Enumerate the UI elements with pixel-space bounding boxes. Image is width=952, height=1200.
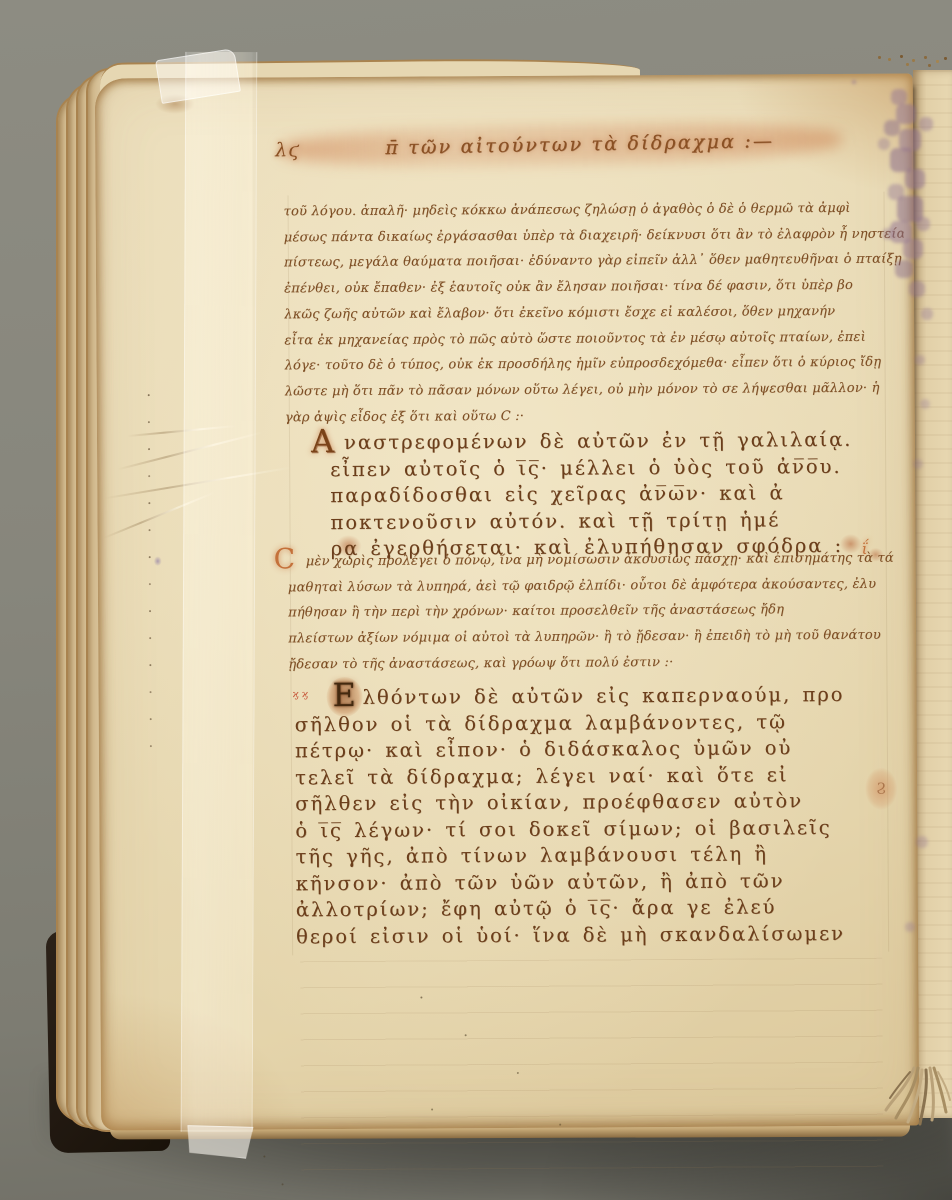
text-line: μαθηταὶ λύσων τὰ λυπηρά, ἀεὶ τῷ φαιδρῷ ἐ… [288, 571, 908, 600]
text-line: πίστεως, μεγάλα θαύματα ποιῆσαι· ἐδύναντ… [284, 247, 904, 276]
kephalaion-header: λϛ π̄ τῶν αἰτούντων τὰ δίδραχμα :— [273, 130, 893, 176]
text-line: λῶστε μὴ ὅτι πᾶν τὸ πᾶσαν μόνων οὕτω λέγ… [285, 375, 905, 404]
text-line: ἐπένθει, οὐκ ἔπαθεν· ἐξ ἑαυτοῖς οὐκ ἂν ἔ… [284, 273, 904, 302]
text-line: εἶτα ἐκ μηχανείας πρὸς τὸ πῶς αὐτὸ ὥστε … [284, 324, 904, 353]
commentary-block-2: μὲν χωρὶς προλέγει ὁ πόνῳ, ἵνα μὴ νομίσω… [288, 546, 909, 681]
text-line: τελεῖ τὰ δίδραχμα; λέγει ναί· καὶ ὅτε εἰ [295, 761, 870, 791]
mold-stains-purple [852, 80, 856, 84]
text-line: θεροί εἰσιν οἱ ὑοί· ἵνα δὲ μὴ σκανδαλίσω… [296, 920, 871, 950]
text-line: εἶπεν αὐτοῖς ὁ ι̅ς̅· μέλλει ὁ ὑὸς τοῦ ἀν… [330, 453, 905, 483]
text-line: παραδίδοσθαι εἰς χεῖρας ἀν̅ω̅ν· καὶ ἀ [330, 480, 905, 510]
text-line: ἀλλοτρίων; ἔφη αὐτῷ ὁ ι̅ς̅· ἄρα γε ἐλεύ [296, 894, 871, 924]
chapter-number: λϛ [275, 139, 300, 161]
ruling-lines [300, 958, 883, 1192]
text-line: πλείστων ἀξίων νόμιμα οἱ αὐτοὶ τὰ λυπηρῶ… [288, 623, 908, 652]
text-line: μὲν χωρὶς προλέγει ὁ πόνῳ, ἵνα μὴ νομίσω… [288, 546, 908, 575]
text-line: σῆλθεν εἰς τὴν οἰκίαν, προέφθασεν αὐτὸν [295, 788, 870, 818]
text-line: ᾔδεσαν τὸ τῆς ἀναστάσεως, καὶ γρόωψ ὅτι … [288, 648, 908, 677]
facing-page-strip [913, 70, 952, 1118]
faded-marginal-roundel: Ϩ [865, 768, 897, 810]
prick-marks [148, 394, 150, 396]
frayed-endband-threads [884, 1066, 952, 1146]
facing-page-texture [913, 70, 952, 1118]
commentary-block-1: τοῦ λόγου. ἁπαλῆ· μηδεὶς κόκκω ἀνάπεσως … [284, 196, 905, 434]
text-line: τῆς γῆς, ἀπὸ τίνων λαμβάνουσι τέλη ἢ [295, 841, 870, 871]
text-line: λόγε· τοῦτο δὲ ὁ τύπος, οὐκ ἐκ προσδήλης… [284, 350, 904, 379]
gospel-text-block-2: λθόντων δὲ αὐτῶν εἰς καπερναούμ, προσῆλθ… [295, 682, 872, 952]
gospel-text-block-1: ναστρεφομένων δὲ αὐτῶν ἐν τῇ γαλιλαίᾳ.εἶ… [330, 427, 906, 565]
text-line: ναστρεφομένων δὲ αὐτῶν ἐν τῇ γαλιλαίᾳ. [330, 427, 905, 457]
debris-crumbs [878, 56, 881, 59]
text-line: λθόντων δὲ αὐτῶν εἰς καπερναούμ, προ [295, 682, 870, 712]
text-line: ποκτενοῦσιν αὐτόν. καὶ τῇ τρίτῃ ἡμέ [330, 506, 905, 536]
text-line: τοῦ λόγου. ἁπαλῆ· μηδεὶς κόκκω ἀνάπεσως … [284, 196, 904, 225]
ink-specks [420, 997, 422, 999]
text-line: λκῶς ζωῆς αὐτῶν καὶ ἔλαβον· ὅτι ἐκεῖνο κ… [284, 298, 904, 327]
text-line: σῆλθον οἱ τὰ δίδραχμα λαμβάνοντες, τῷ [295, 708, 870, 738]
text-line: πέτρῳ· καὶ εἶπον· ὁ διδάσκαλος ὑμῶν οὐ [295, 735, 870, 765]
photograph-background: { "scene": { "description": "Photograph … [0, 0, 952, 1200]
text-line: κῆνσον· ἀπὸ τῶν ὑῶν αὐτῶν, ἢ ἀπὸ τῶν [296, 867, 871, 897]
purple-speck [154, 556, 162, 566]
text-line: πήθησαν ἢ τὴν περὶ τὴν χρόνων· καίτοι πρ… [288, 597, 908, 626]
text-line: ὁ ι̅ς̅ λέγων· τί σοι δοκεῖ σίμων; οἱ βασ… [295, 814, 870, 844]
repair-tape-strip [181, 52, 258, 1132]
text-line: μέσως πάντα δικαίως ἐργάσασθαι ὑπὲρ τὰ δ… [284, 221, 904, 250]
